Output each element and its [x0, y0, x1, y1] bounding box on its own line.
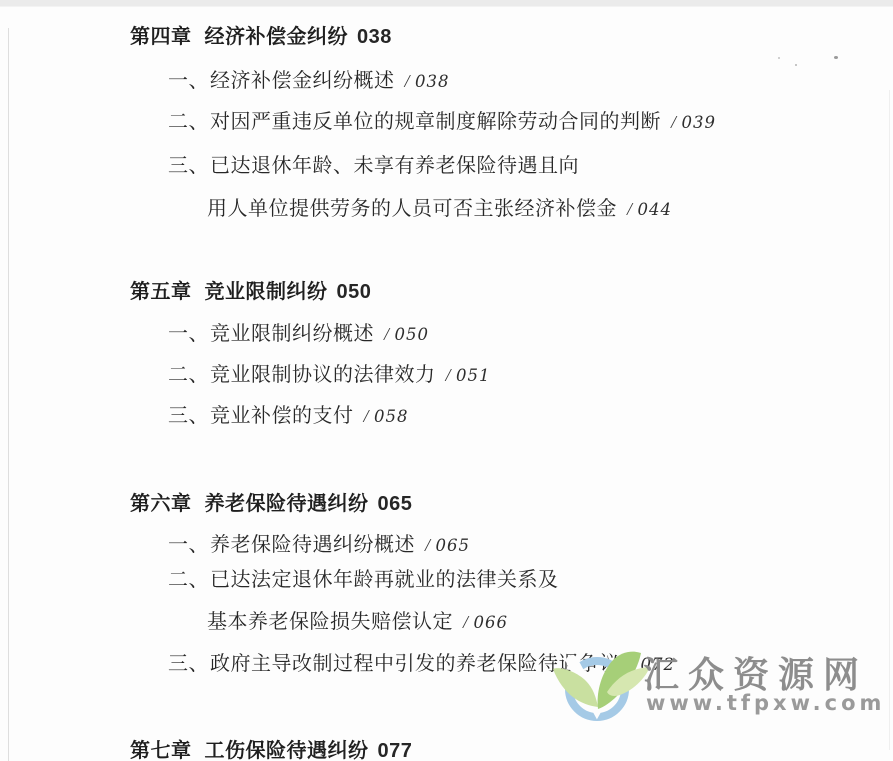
toc-item: 三、竞业补偿的支付/058: [168, 399, 409, 428]
chapter-label: 第六章: [130, 493, 192, 515]
scanned-toc-page: 第四章经济补偿金纠纷038 一、经济补偿金纠纷概述/038 二、对因严重违反单位…: [0, 0, 893, 761]
toc-item-continuation: 用人单位提供劳务的人员可否主张经济补偿金/044: [207, 192, 672, 221]
toc-item: 一、竞业限制纠纷概述/050: [168, 317, 429, 346]
item-title: 已达退休年龄、未享有养老保险待遇且向: [210, 155, 579, 177]
item-number: 二、: [168, 111, 209, 133]
item-page-number: 050: [395, 325, 430, 344]
slash-separator: /: [425, 535, 431, 555]
item-page-number: 058: [374, 407, 409, 426]
scan-edge-top: [0, 0, 893, 7]
chapter-label: 第七章: [130, 740, 192, 761]
slash-separator: /: [463, 612, 469, 632]
item-page-number: 051: [456, 366, 491, 385]
chapter-heading: 第五章竞业限制纠纷050: [130, 275, 371, 304]
chapter-title: 竞业限制纠纷: [205, 281, 328, 303]
item-number: 三、: [168, 155, 209, 177]
item-number: 一、: [168, 534, 209, 556]
chapter-heading: 第六章养老保险待遇纠纷065: [130, 487, 412, 516]
chapter-page-number: 065: [378, 493, 413, 515]
item-title: 竞业限制协议的法律效力: [210, 364, 436, 386]
scan-speck: [778, 57, 780, 59]
chapter-label: 第五章: [130, 281, 192, 303]
scan-edge-left: [8, 28, 9, 761]
item-title: 已达法定退休年龄再就业的法律关系及: [210, 569, 559, 591]
item-title-continued: 用人单位提供劳务的人员可否主张经济补偿金: [207, 198, 617, 220]
item-page-number: 044: [638, 200, 673, 219]
slash-separator: /: [627, 199, 633, 219]
chapter-title: 养老保险待遇纠纷: [205, 493, 369, 515]
slash-separator: /: [384, 324, 390, 344]
item-number: 二、: [168, 569, 209, 591]
slash-separator: /: [364, 406, 370, 426]
item-title: 竞业补偿的支付: [210, 405, 354, 427]
chapter-label: 第四章: [130, 26, 192, 48]
toc-item: 二、已达法定退休年龄再就业的法律关系及: [168, 563, 559, 592]
slash-separator: /: [405, 71, 411, 91]
item-page-number: 039: [682, 113, 717, 132]
item-page-number: 066: [474, 613, 509, 632]
watermark-site-url: www.tfpxw.com: [646, 691, 885, 715]
chapter-page-number: 050: [337, 281, 372, 303]
scan-speck: [834, 56, 838, 59]
item-number: 一、: [168, 323, 209, 345]
slash-separator: /: [671, 112, 677, 132]
item-title: 竞业限制纠纷概述: [210, 323, 374, 345]
item-title: 养老保险待遇纠纷概述: [210, 534, 415, 556]
toc-item: 二、竞业限制协议的法律效力/051: [168, 358, 491, 387]
item-title: 经济补偿金纠纷概述: [210, 70, 395, 92]
item-number: 三、: [168, 653, 209, 675]
toc-item: 一、养老保险待遇纠纷概述/065: [168, 528, 470, 557]
item-page-number: 065: [436, 536, 471, 555]
chapter-title: 工伤保险待遇纠纷: [205, 740, 369, 761]
item-number: 三、: [168, 405, 209, 427]
toc-item: 三、已达退休年龄、未享有养老保险待遇且向: [168, 149, 579, 178]
item-title-continued: 基本养老保险损失赔偿认定: [207, 611, 453, 633]
chapter-page-number: 038: [357, 26, 392, 48]
scan-speck: [795, 64, 797, 66]
item-number: 二、: [168, 364, 209, 386]
scan-edge-right: [889, 90, 890, 750]
slash-separator: /: [446, 365, 452, 385]
chapter-title: 经济补偿金纠纷: [205, 26, 349, 48]
chapter-heading: 第四章经济补偿金纠纷038: [130, 20, 392, 49]
toc-item: 一、经济补偿金纠纷概述/038: [168, 64, 450, 93]
chapter-page-number: 077: [378, 740, 413, 761]
toc-item: 二、对因严重违反单位的规章制度解除劳动合同的判断/039: [168, 105, 716, 134]
item-page-number: 038: [415, 72, 450, 91]
toc-item-continuation: 基本养老保险损失赔偿认定/066: [207, 605, 508, 634]
item-number: 一、: [168, 70, 209, 92]
item-title: 对因严重违反单位的规章制度解除劳动合同的判断: [210, 111, 661, 133]
chapter-heading: 第七章工伤保险待遇纠纷077: [130, 734, 412, 761]
